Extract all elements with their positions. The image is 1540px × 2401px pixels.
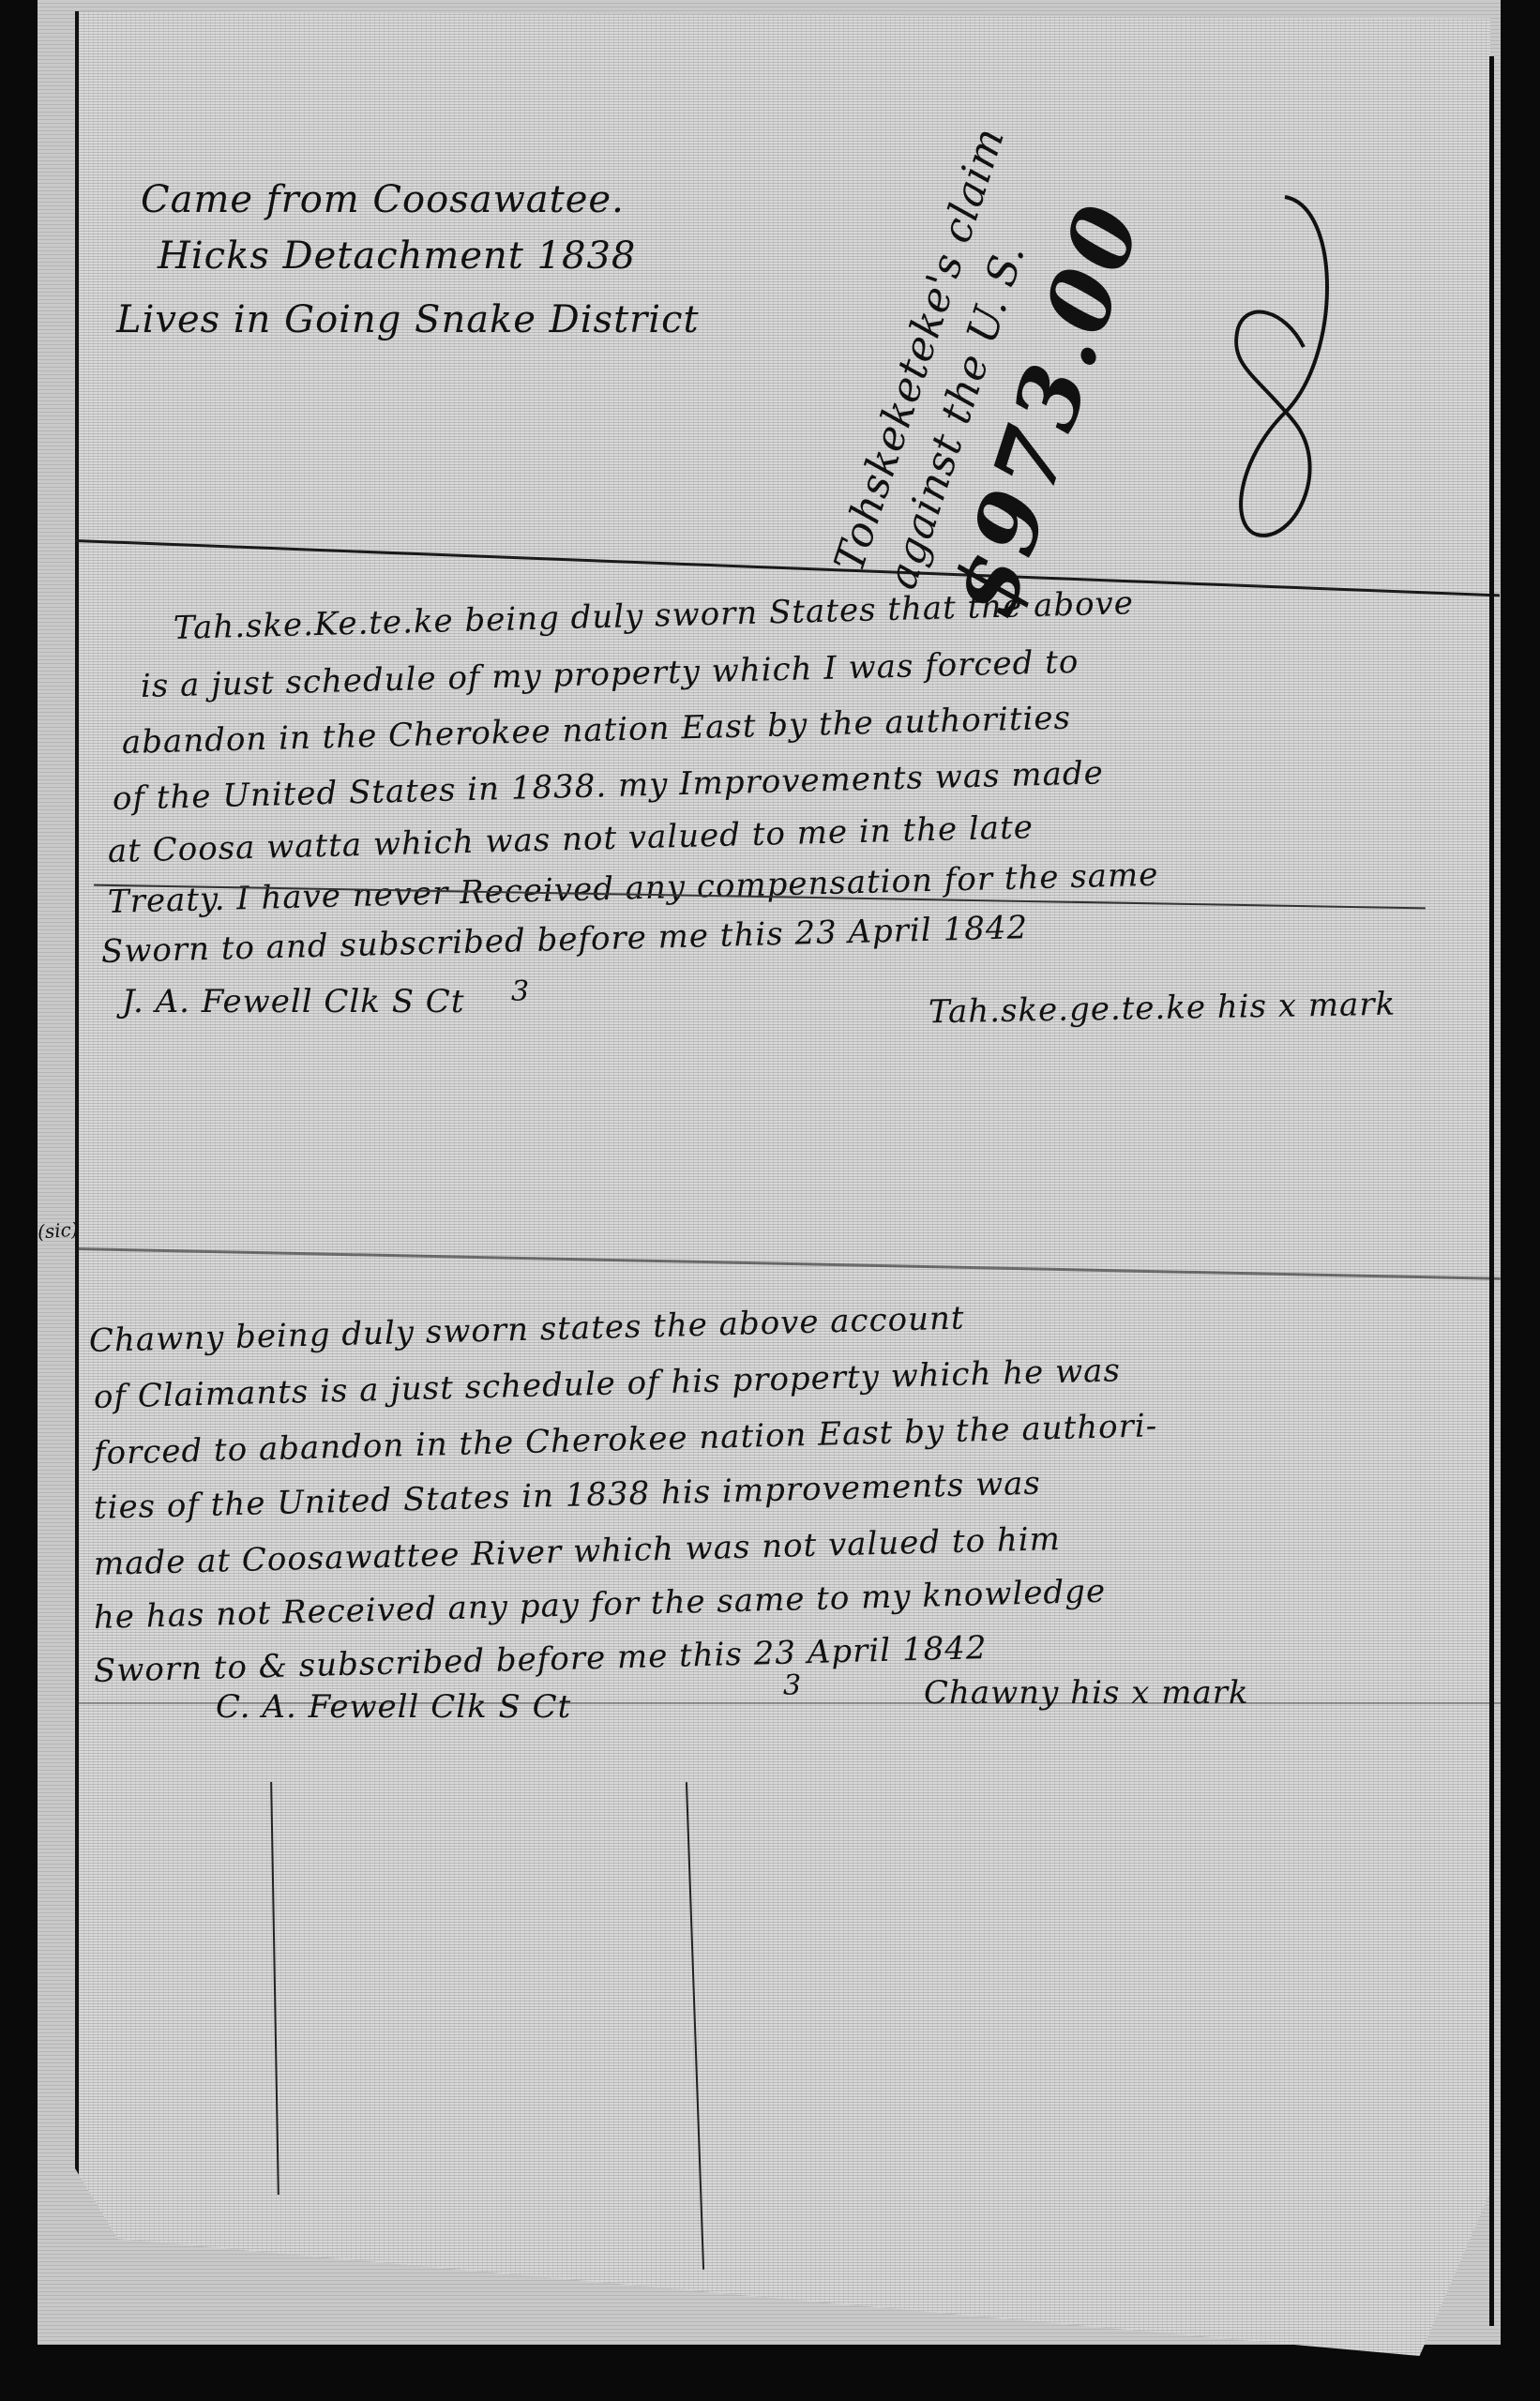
clerk-signature: C. A. Fewell Clk S Ct xyxy=(216,1688,571,1726)
district-note: Lives in Going Snake District xyxy=(116,298,700,341)
page-edge xyxy=(1489,56,1494,2326)
margin-note: (sic) xyxy=(37,1218,79,1244)
claimant-mark: Chawny his x mark xyxy=(924,1674,1249,1712)
page-mark: 3 xyxy=(511,975,530,1008)
detachment-note: Hicks Detachment 1838 xyxy=(158,234,636,278)
flourish-icon xyxy=(1219,188,1351,544)
clerk-signature: J. A. Fewell Clk S Ct xyxy=(122,983,464,1020)
origin-note: Came from Coosawatee. xyxy=(141,178,625,221)
page-mark: 3 xyxy=(783,1669,802,1702)
